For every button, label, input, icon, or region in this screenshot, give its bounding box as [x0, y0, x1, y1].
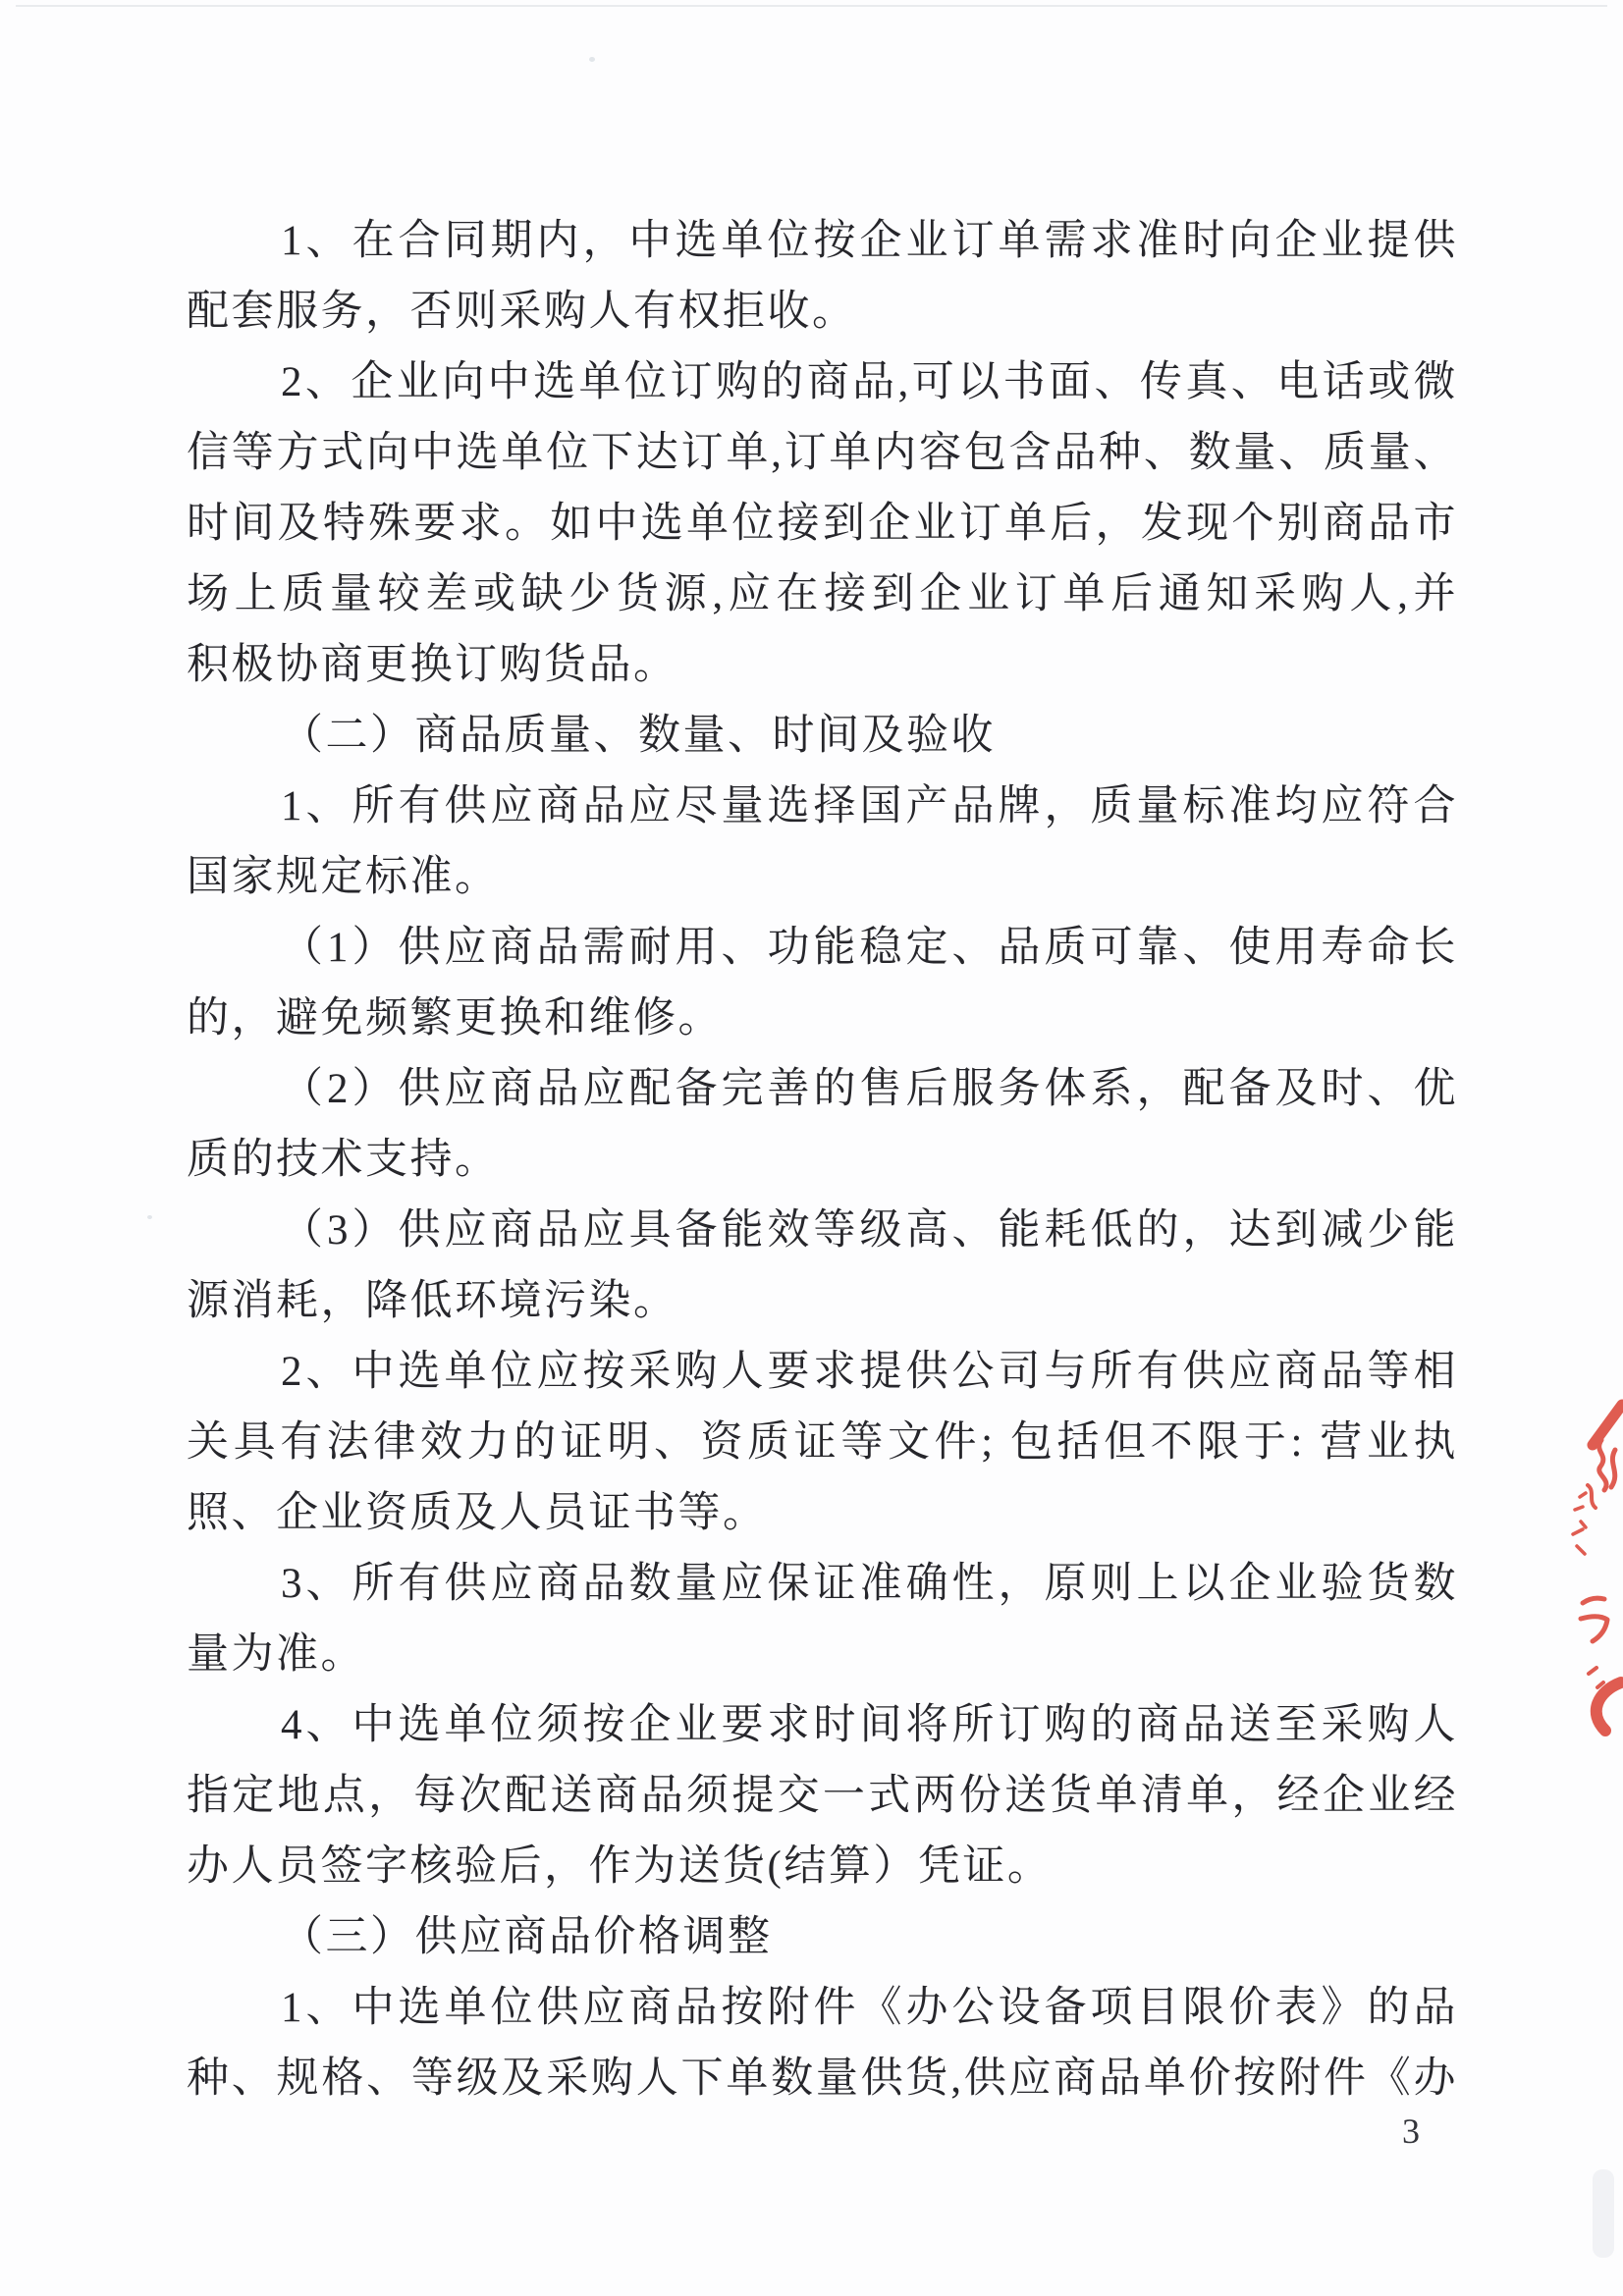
text-line: 2、中选单位应按采购人要求提供公司与所有供应商品等相 [187, 1337, 1458, 1408]
text-line: 办人员签字核验后，作为送货(结算）凭证。 [187, 1832, 1458, 1902]
text-line: 质的技术支持。 [187, 1125, 1458, 1196]
text-line: 3、所有供应商品数量应保证准确性，原则上以企业验货数 [187, 1549, 1458, 1620]
text-line: 照、企业资质及人员证书等。 [187, 1478, 1458, 1549]
scan-edge-artifact [16, 5, 1607, 7]
text-line: 1、所有供应商品应尽量选择国产品牌，质量标准均应符合 [187, 772, 1458, 842]
page-number: 3 [1402, 2110, 1420, 2152]
scan-speck [589, 57, 595, 62]
text-line: （三）供应商品价格调整 [187, 1902, 1458, 1973]
text-line: 场上质量较差或缺少货源,应在接到企业订单后通知采购人,并 [187, 560, 1458, 630]
text-line: （1）供应商品需耐用、功能稳定、品质可靠、使用寿命长 [187, 913, 1458, 984]
document-page: 1、在合同期内，中选单位按企业订单需求准时向企业提供配套服务，否则采购人有权拒收… [0, 0, 1623, 2296]
text-line: 4、中选单位须按企业要求时间将所订购的商品送至采购人 [187, 1690, 1458, 1761]
text-line: 2、企业向中选单位订购的商品,可以书面、传真、电话或微 [187, 347, 1458, 418]
text-line: 1、在合同期内，中选单位按企业订单需求准时向企业提供 [187, 206, 1458, 277]
text-line: 配套服务，否则采购人有权拒收。 [187, 277, 1458, 347]
text-line: （二）商品质量、数量、时间及验收 [187, 701, 1458, 772]
text-line: 的，避免频繁更换和维修。 [187, 984, 1458, 1054]
text-line: （3）供应商品应具备能效等级高、能耗低的，达到减少能 [187, 1196, 1458, 1266]
scan-smudge-artifact [1593, 2169, 1614, 2258]
text-line: 积极协商更换订购货品。 [187, 630, 1458, 701]
text-line: 种、规格、等级及采购人下单数量供货,供应商品单价按附件《办 [187, 2044, 1458, 2114]
text-line: 量为准。 [187, 1620, 1458, 1690]
text-line: 源消耗，降低环境污染。 [187, 1266, 1458, 1337]
document-body: 1、在合同期内，中选单位按企业订单需求准时向企业提供配套服务，否则采购人有权拒收… [187, 206, 1458, 2114]
text-line: 时间及特殊要求。如中选单位接到企业订单后，发现个别商品市 [187, 489, 1458, 560]
text-line: 信等方式向中选单位下达订单,订单内容包含品种、数量、质量、 [187, 418, 1458, 489]
text-line: 指定地点，每次配送商品须提交一式两份送货单清单，经企业经 [187, 1761, 1458, 1832]
text-line: 关具有法律效力的证明、资质证等文件; 包括但不限于: 营业执 [187, 1408, 1458, 1478]
text-line: 国家规定标准。 [187, 842, 1458, 913]
red-ink-stamp-marks [1567, 1396, 1623, 1749]
scan-speck [147, 1215, 152, 1219]
text-line: （2）供应商品应配备完善的售后服务体系，配备及时、优 [187, 1054, 1458, 1125]
text-line: 1、中选单位供应商品按附件《办公设备项目限价表》的品 [187, 1973, 1458, 2044]
